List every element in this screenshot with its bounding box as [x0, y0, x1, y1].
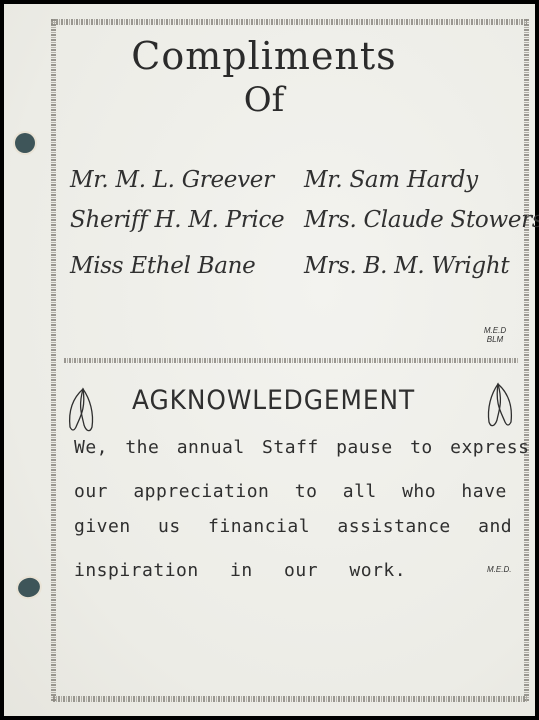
- initials-line: M.E.D: [475, 326, 515, 335]
- sponsor-signature: Sheriff H. M. Price: [70, 207, 284, 233]
- sponsor-signature: Mrs. B. M. Wright: [304, 253, 509, 279]
- decorative-border-left: [51, 19, 56, 701]
- page-title: Compliments: [114, 34, 414, 78]
- sponsor-signature: Miss Ethel Bane: [70, 253, 256, 279]
- sponsor-signature: Mr. Sam Hardy: [304, 167, 478, 193]
- flame-icon: [485, 382, 515, 430]
- yearbook-page: Compliments Of Mr. M. L. Greever Mr. Sam…: [4, 4, 535, 716]
- artist-initials: M.E.D BLM: [475, 326, 515, 344]
- decorative-border-right: [524, 19, 529, 701]
- decorative-border-bottom: [53, 696, 528, 702]
- flame-icon: [66, 387, 96, 435]
- acknowledgement-text-line: our appreciation to all who have: [74, 481, 507, 502]
- acknowledgement-text-line: inspiration in our work.: [74, 560, 406, 581]
- binder-hole-bottom: [16, 575, 42, 599]
- binder-hole-top: [15, 133, 35, 153]
- decorative-border-top: [51, 19, 527, 25]
- acknowledgement-signature: M.E.D.: [487, 565, 511, 574]
- acknowledgement-text-line: given us financial assistance and: [74, 516, 512, 537]
- acknowledgement-title: AGKNOWLEDGEMENT: [132, 385, 373, 416]
- acknowledgement-text-line: We, the annual Staff pause to express: [74, 437, 529, 458]
- page-subtitle: Of: [229, 80, 299, 120]
- initials-line: BLM: [475, 335, 515, 344]
- section-divider: [64, 358, 519, 363]
- sponsor-signature: Mrs. Claude Stowers: [304, 207, 539, 233]
- sponsor-signature: Mr. M. L. Greever: [70, 167, 274, 193]
